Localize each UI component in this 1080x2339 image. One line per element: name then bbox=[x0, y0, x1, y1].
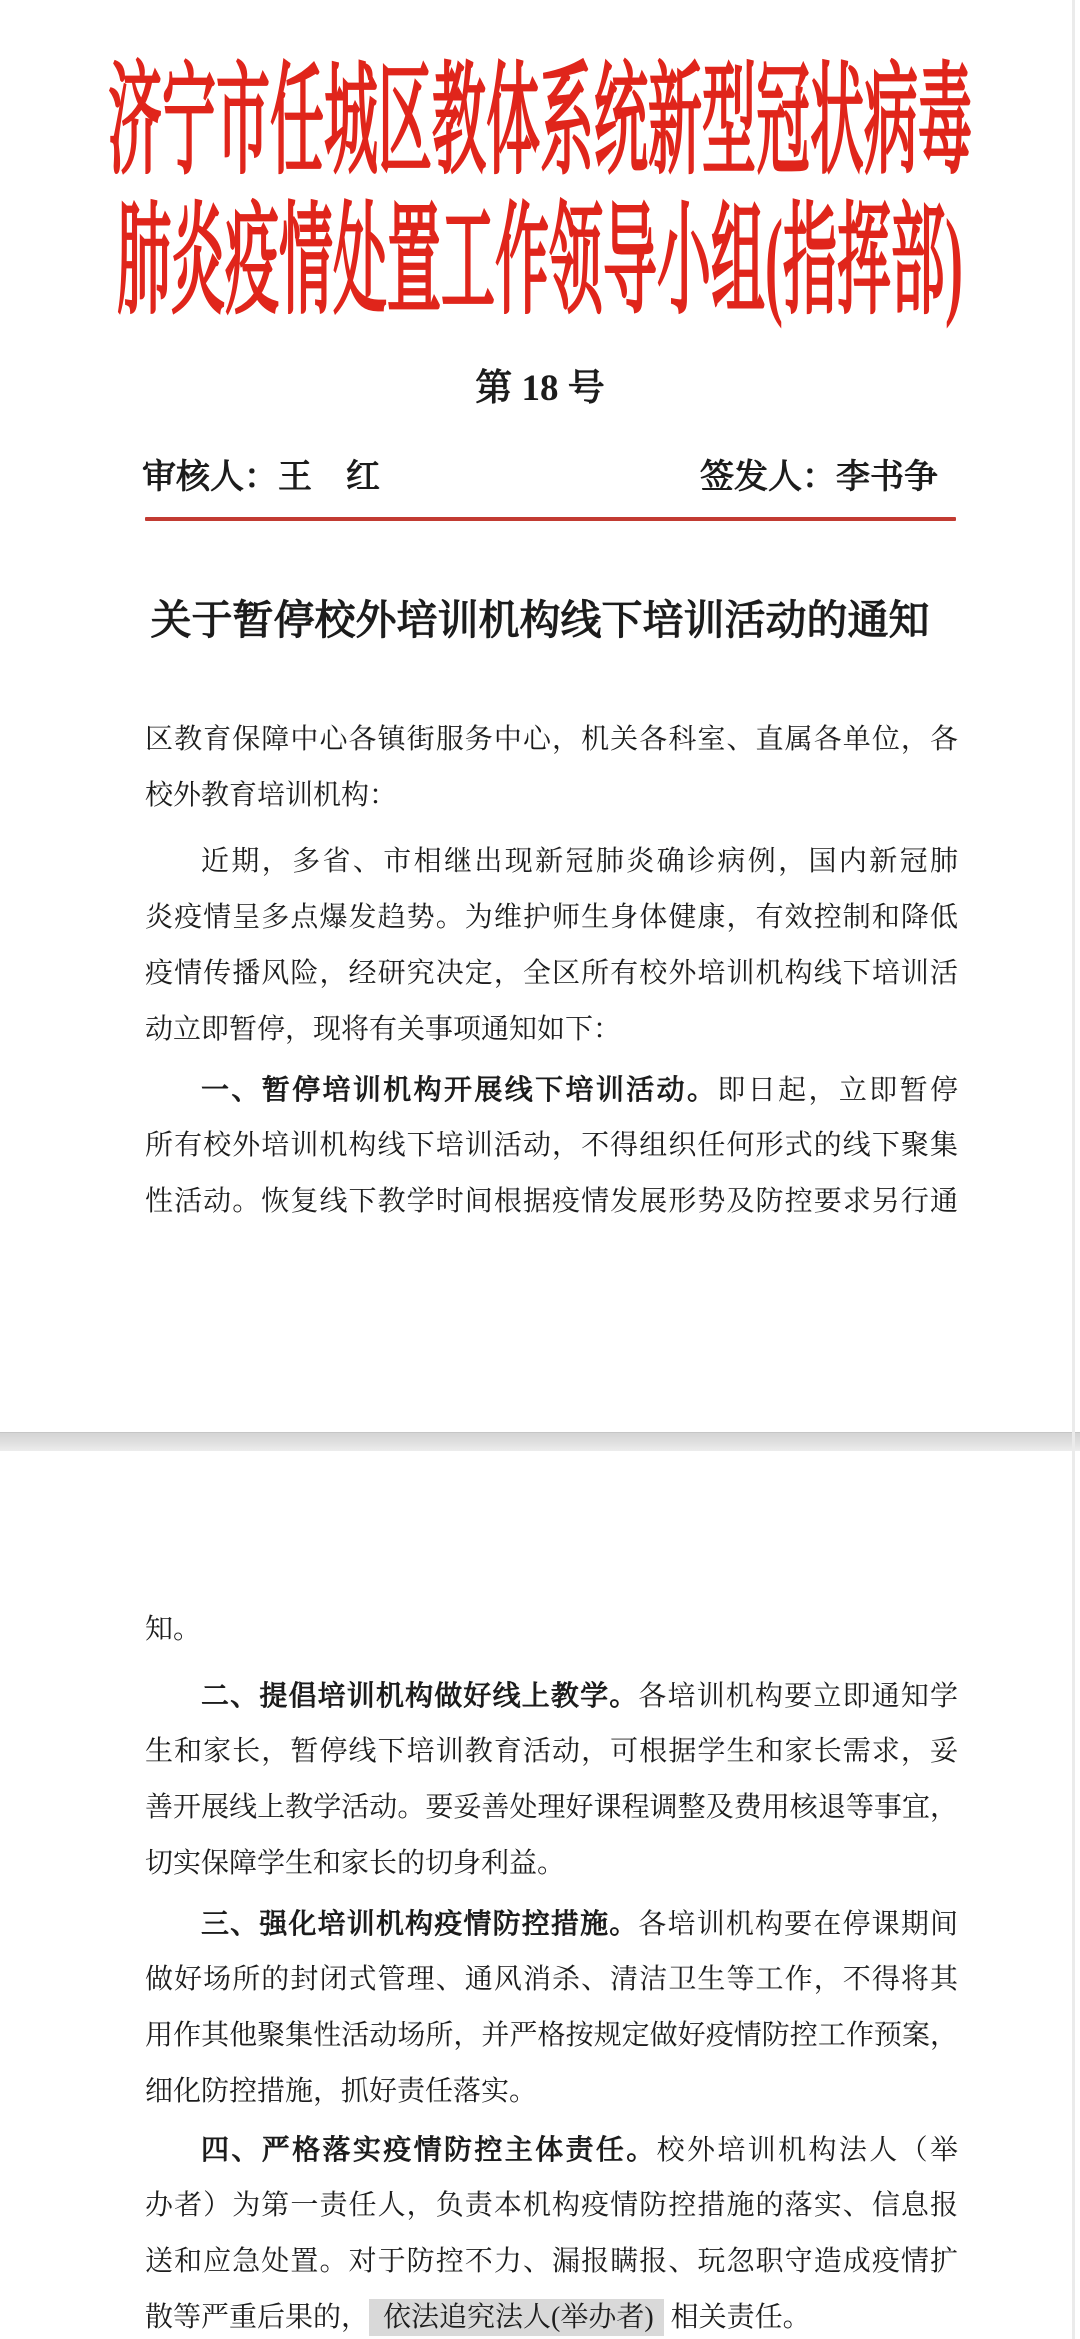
section-heading-text: 四、严格落实疫情防控主体责任。 bbox=[201, 2134, 657, 2165]
body-text-segment: 即日起，立即暂停 bbox=[717, 1075, 958, 1106]
page2-body-text: 知。二、提倡培训机构做好线上教学。各培训机构要立即通知学生和家长，暂停线下培训教… bbox=[0, 1451, 1080, 2339]
document-page-2: 知。二、提倡培训机构做好线上教学。各培训机构要立即通知学生和家长，暂停线下培训教… bbox=[0, 1451, 1080, 2339]
red-letterhead: 济宁市任城区教体系统新型冠状病毒 肺炎疫情处置工作领导小组(指挥部) bbox=[0, 0, 1080, 332]
body-text-segment: 区教育保障中心各镇街服务中心，机关各科室、直属各单位，各 bbox=[145, 724, 958, 755]
body-text-segment: 校外培训机构法人（举 bbox=[657, 2135, 958, 2166]
issuer-name: 签发人：李书争 bbox=[700, 456, 938, 500]
document-line: 区教育保障中心各镇街服务中心，机关各科室、直属各单位，各 bbox=[145, 712, 958, 768]
document-line: 知。 bbox=[145, 1602, 958, 1658]
document-paragraph: 知。 bbox=[145, 1602, 958, 1658]
body-text-segment: 办者）为第一责任人，负责本机构疫情防控措施的落实、信息报 bbox=[145, 2190, 958, 2221]
body-text-segment: 生和家长，暂停线下培训教育活动，可根据学生和家长需求，妥 bbox=[145, 1736, 958, 1767]
page-separator bbox=[0, 1432, 1080, 1451]
section-heading-text: 三、强化培训机构疫情防控措施。 bbox=[201, 1908, 638, 1939]
document-paragraph: 一、暂停培训机构开展线下培训活动。即日起，立即暂停所有校外培训机构线下培训活动，… bbox=[145, 1062, 958, 1230]
body-text-segment: 知。 bbox=[145, 1614, 201, 1645]
document-line: 四、严格落实疫情防控主体责任。校外培训机构法人（举 bbox=[145, 2122, 958, 2178]
document-line: 生和家长，暂停线下培训教育活动，可根据学生和家长需求，妥 bbox=[145, 1724, 958, 1780]
document-line: 三、强化培训机构疫情防控措施。各培训机构要在停课期间 bbox=[145, 1896, 958, 1952]
body-text-segment: 疫情传播风险，经研究决定，全区所有校外培训机构线下培训活 bbox=[145, 958, 958, 989]
document-title: 关于暂停校外培训机构线下培训活动的通知 bbox=[0, 594, 1080, 646]
document-line: 动立即暂停，现将有关事项通知如下： bbox=[145, 1002, 958, 1058]
page1-body-text: 区教育保障中心各镇街服务中心，机关各科室、直属各单位，各校外教育培训机构：近期，… bbox=[0, 646, 1080, 1230]
body-text-segment: 所有校外培训机构线下培训活动，不得组织任何形式的线下聚集 bbox=[145, 1130, 958, 1161]
reviewer-name: 审核人：王 红 bbox=[142, 456, 380, 500]
org-title-line2: 肺炎疫情处置工作领导小组(指挥部) bbox=[117, 105, 963, 420]
body-text-segment: 性活动。恢复线下教学时间根据疫情发展形势及防控要求另行通 bbox=[145, 1186, 958, 1217]
letterhead-row: 肺炎疫情处置工作领导小组(指挥部) bbox=[0, 192, 1080, 332]
document-line: 用作其他聚集性活动场所，并严格按规定做好疫情防控工作预案， bbox=[145, 2008, 958, 2064]
document-line: 细化防控措施，抓好责任落实。 bbox=[145, 2064, 958, 2120]
body-text-segment: 善开展线上教学活动。要妥善处理好课程调整及费用核退等事宜， bbox=[145, 1792, 958, 1823]
section-heading-text: 一、暂停培训机构开展线下培训活动。 bbox=[201, 1074, 717, 1105]
document-paragraph: 二、提倡培训机构做好线上教学。各培训机构要立即通知学生和家长，暂停线下培训教育活… bbox=[145, 1668, 958, 1892]
body-text-segment: 切实保障学生和家长的切身利益。 bbox=[145, 1848, 565, 1879]
document-viewer: 济宁市任城区教体系统新型冠状病毒 肺炎疫情处置工作领导小组(指挥部) 第 18 … bbox=[0, 0, 1080, 2339]
body-text-segment: 各培训机构要在停课期间 bbox=[638, 1909, 958, 1940]
body-text-segment: 炎疫情呈多点爆发趋势。为维护师生身体健康，有效控制和降低 bbox=[145, 902, 958, 933]
document-line: 炎疫情呈多点爆发趋势。为维护师生身体健康，有效控制和降低 bbox=[145, 890, 958, 946]
document-line: 所有校外培训机构线下培训活动，不得组织任何形式的线下聚集 bbox=[145, 1118, 958, 1174]
body-text-segment: 近期，多省、市相继出现新冠肺炎确诊病例，国内新冠肺 bbox=[201, 846, 958, 877]
body-text-segment: 散等严重后果的， bbox=[145, 2302, 369, 2333]
document-line: 近期，多省、市相继出现新冠肺炎确诊病例，国内新冠肺 bbox=[145, 834, 958, 890]
highlighted-text: 依法追究法人(举办者) bbox=[369, 2299, 664, 2336]
body-text-segment: 各培训机构要立即通知学 bbox=[638, 1681, 958, 1712]
document-line: 做好场所的封闭式管理、通风消杀、清洁卫生等工作，不得将其 bbox=[145, 1952, 958, 2008]
body-text-segment: 动立即暂停，现将有关事项通知如下： bbox=[145, 1014, 621, 1045]
document-line: 一、暂停培训机构开展线下培训活动。即日起，立即暂停 bbox=[145, 1062, 958, 1118]
body-text-segment: 细化防控措施，抓好责任落实。 bbox=[145, 2076, 537, 2107]
section-heading-text: 二、提倡培训机构做好线上教学。 bbox=[201, 1680, 638, 1711]
document-line: 办者）为第一责任人，负责本机构疫情防控措施的落实、信息报 bbox=[145, 2178, 958, 2234]
document-paragraph: 三、强化培训机构疫情防控措施。各培训机构要在停课期间做好场所的封闭式管理、通风消… bbox=[145, 1896, 958, 2120]
document-paragraph: 四、严格落实疫情防控主体责任。校外培训机构法人（举办者）为第一责任人，负责本机构… bbox=[145, 2122, 958, 2339]
document-paragraph: 区教育保障中心各镇街服务中心，机关各科室、直属各单位，各校外教育培训机构： bbox=[145, 712, 958, 824]
body-text-segment: 相关责任。 bbox=[664, 2302, 811, 2333]
body-text-segment: 校外教育培训机构： bbox=[145, 780, 397, 811]
document-line: 散等严重后果的，依法追究法人(举办者) 相关责任。 bbox=[145, 2290, 958, 2339]
document-line: 二、提倡培训机构做好线上教学。各培训机构要立即通知学 bbox=[145, 1668, 958, 1724]
document-line: 疫情传播风险，经研究决定，全区所有校外培训机构线下培训活 bbox=[145, 946, 958, 1002]
body-text-segment: 做好场所的封闭式管理、通风消杀、清洁卫生等工作，不得将其 bbox=[145, 1964, 958, 1995]
document-line: 善开展线上教学活动。要妥善处理好课程调整及费用核退等事宜， bbox=[145, 1780, 958, 1836]
document-line: 切实保障学生和家长的切身利益。 bbox=[145, 1836, 958, 1892]
body-text-segment: 用作其他聚集性活动场所，并严格按规定做好疫情防控工作预案， bbox=[145, 2020, 958, 2051]
document-line: 性活动。恢复线下教学时间根据疫情发展形势及防控要求另行通 bbox=[145, 1174, 958, 1230]
document-page-1: 济宁市任城区教体系统新型冠状病毒 肺炎疫情处置工作领导小组(指挥部) 第 18 … bbox=[0, 0, 1080, 1432]
sign-off-row: 审核人：王 红 签发人：李书争 bbox=[0, 456, 1080, 500]
red-divider-line bbox=[145, 517, 956, 521]
page-edge-line bbox=[1072, 0, 1075, 2339]
document-paragraph: 近期，多省、市相继出现新冠肺炎确诊病例，国内新冠肺炎疫情呈多点爆发趋势。为维护师… bbox=[145, 834, 958, 1058]
document-line: 校外教育培训机构： bbox=[145, 768, 958, 824]
body-text-segment: 送和应急处置。对于防控不力、漏报瞒报、玩忽职守造成疫情扩 bbox=[145, 2246, 958, 2277]
document-line: 送和应急处置。对于防控不力、漏报瞒报、玩忽职守造成疫情扩 bbox=[145, 2234, 958, 2290]
